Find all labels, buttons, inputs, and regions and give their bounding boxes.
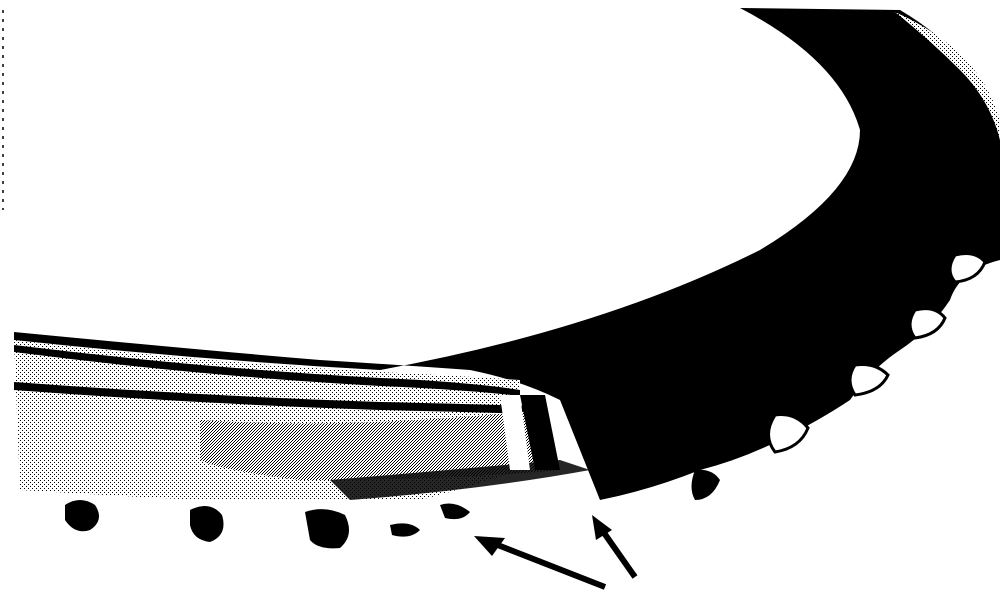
annotation-arrows: [474, 515, 635, 587]
ring-component-photo: [0, 0, 1008, 592]
bolt-lugs-lower: [65, 500, 470, 548]
arrow-right-icon: [592, 515, 635, 577]
arrow-left-icon: [474, 536, 605, 587]
